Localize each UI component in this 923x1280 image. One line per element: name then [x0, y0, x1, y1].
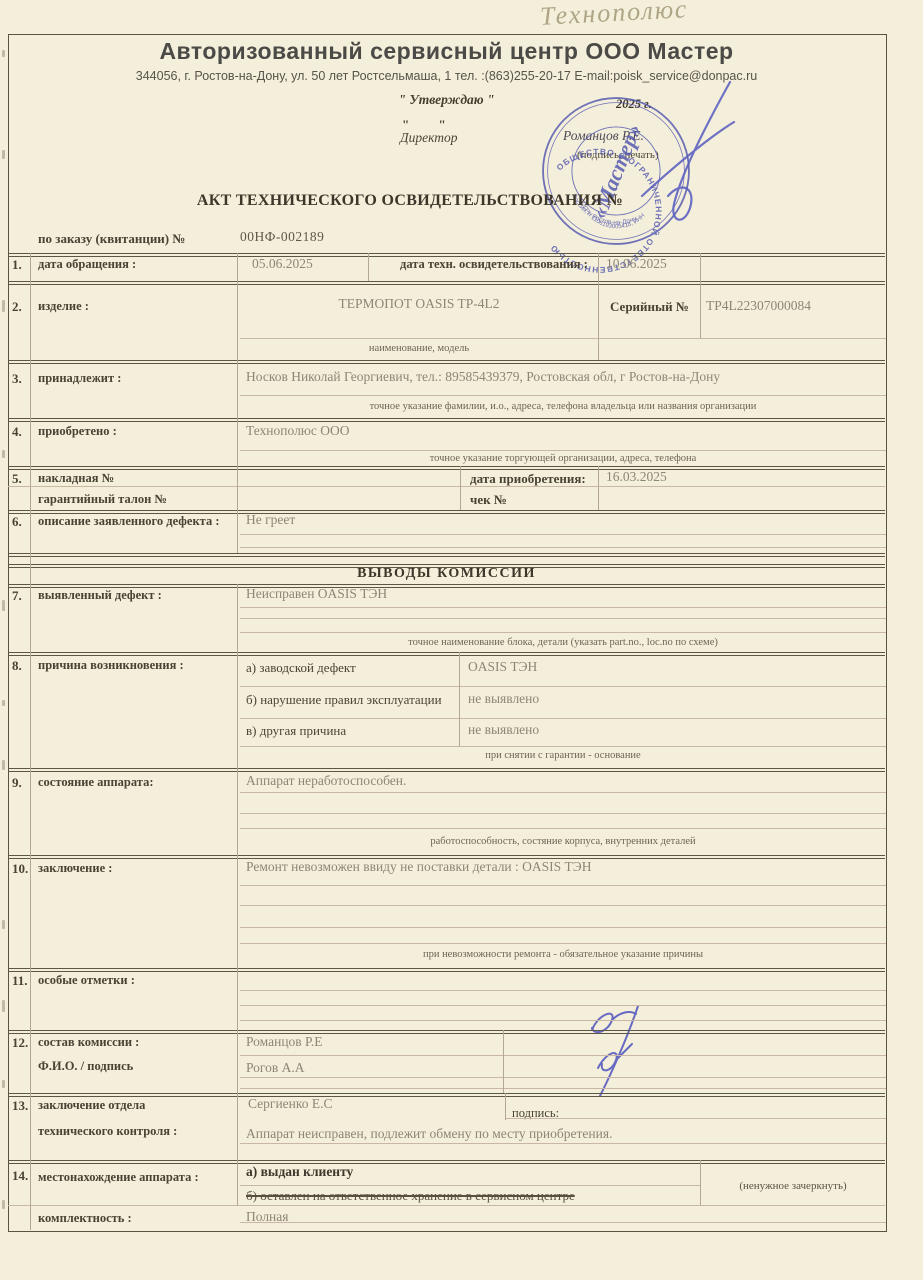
- row-divider-line: [8, 584, 885, 588]
- paper-edge-mark: [2, 150, 5, 159]
- row8-label: причина возникновения :: [38, 658, 184, 673]
- row-divider-line: [8, 768, 885, 772]
- conclusion-value: Ремонт невозможен ввиду не поставки дета…: [246, 859, 591, 875]
- row-divider-line: [8, 553, 885, 557]
- column-divider-line: [30, 253, 31, 1230]
- row2-label: изделие :: [38, 299, 89, 314]
- location-option-a: а) выдан клиенту: [246, 1164, 353, 1180]
- device-location-label: местонахождение аппарата :: [38, 1170, 199, 1185]
- row3-number: 3.: [12, 371, 22, 387]
- commission-signatures: [558, 1002, 688, 1098]
- writing-rule-line: [240, 1222, 886, 1223]
- commission-conclusions-title: ВЫВОДЫ КОМИССИИ: [8, 566, 885, 582]
- writing-rule-line: [240, 813, 886, 814]
- approve-line: " Утверждаю ": [8, 92, 885, 108]
- qc-label-line2: технического контроля :: [38, 1124, 177, 1139]
- cause-other-label: в) другая причина: [246, 723, 346, 739]
- row5-number: 5.: [12, 471, 22, 487]
- found-defect-value: Неисправен OASIS ТЭН: [246, 586, 387, 602]
- writing-rule-line: [240, 686, 886, 687]
- inspection-date-value: 10.06.2025: [606, 256, 667, 272]
- row8-number: 8.: [12, 658, 22, 674]
- row10-number: 10.: [12, 861, 28, 877]
- column-divider-line: [598, 253, 599, 360]
- service-center-title: Авторизованный сервисный центр ООО Масте…: [8, 38, 885, 65]
- writing-rule-line: [240, 718, 886, 719]
- cause-factory-value: OASIS ТЭН: [468, 659, 537, 675]
- scanned-act-document: Технополюс Авторизованный сервисный цент…: [0, 0, 923, 1280]
- row2-number: 2.: [12, 299, 22, 315]
- row-divider-line: [8, 855, 885, 859]
- row11-number: 11.: [12, 973, 28, 989]
- paper-edge-mark: [2, 300, 5, 312]
- commission-sublabel: Ф.И.О. / подпись: [38, 1059, 133, 1074]
- writing-rule-line: [240, 547, 886, 548]
- director-signature: [622, 76, 752, 244]
- paper-edge-mark: [2, 600, 5, 611]
- commission-member-2: Рогов А.А: [246, 1060, 305, 1076]
- writing-rule-line: [505, 1118, 886, 1119]
- owner-value: Носков Николай Георгиевич, тел.: 8958543…: [246, 369, 720, 385]
- writing-rule-line: [240, 792, 886, 793]
- paper-edge-mark: [2, 760, 5, 770]
- row-divider-line: [8, 564, 885, 568]
- document-border: [8, 34, 887, 1232]
- row10-label: заключение :: [38, 861, 112, 876]
- paper-edge-mark: [2, 50, 5, 57]
- paper-edge-mark: [2, 450, 5, 458]
- device-state-value: Аппарат неработоспособен.: [246, 773, 406, 789]
- writing-rule-line: [240, 1077, 886, 1078]
- row4-label: приобретено :: [38, 424, 117, 439]
- writing-rule-line: [240, 618, 886, 619]
- row1-number: 1.: [12, 257, 22, 273]
- act-title: АКТ ТЕХНИЧЕСКОГО ОСВИДЕТЕЛЬСТВОВАНИЯ №: [100, 192, 720, 210]
- qc-label-line1: заключение отдела: [38, 1098, 145, 1113]
- row7-hint: точное наименование блока, детали (указа…: [240, 637, 886, 648]
- row10-hint: при невозможности ремонта - обязательное…: [240, 949, 886, 960]
- writing-rule-line: [240, 607, 886, 608]
- writing-rule-line: [240, 1143, 886, 1144]
- cross-out-note: (ненужное зачеркнуть): [700, 1180, 886, 1192]
- row3-hint: точное указание фамилии, и.о., адреса, т…: [240, 401, 886, 412]
- row-divider-line: [8, 510, 885, 514]
- row-divider-line: [8, 1093, 885, 1097]
- column-divider-line: [459, 652, 460, 746]
- paper-edge-mark: [2, 1000, 5, 1012]
- column-divider-line: [598, 466, 599, 510]
- request-date-value: 05.06.2025: [252, 256, 313, 272]
- location-option-b: б) оставлен на ответственное хранение в …: [246, 1188, 575, 1204]
- row11-label: особые отметки :: [38, 973, 135, 988]
- row-divider-line: [8, 281, 885, 285]
- column-divider-line: [460, 466, 461, 510]
- writing-rule-line: [240, 338, 886, 339]
- row-divider-line: [8, 466, 885, 470]
- writing-rule-line: [240, 905, 886, 906]
- writing-rule-line: [240, 927, 886, 928]
- row-divider-line: [8, 1030, 885, 1034]
- writing-rule-line: [240, 885, 886, 886]
- purchase-date-value: 16.03.2025: [606, 469, 667, 485]
- writing-rule-line: [240, 1088, 886, 1089]
- row8-hint: при снятии с гарантии - основание: [240, 750, 886, 761]
- writing-rule-line: [240, 450, 886, 451]
- row-divider-line: [8, 1160, 885, 1164]
- writing-rule-line: [240, 1020, 886, 1021]
- writing-rule-line: [240, 1185, 700, 1186]
- order-number: 00НФ-002189: [240, 229, 324, 245]
- row-divider-line: [8, 253, 885, 257]
- column-divider-line: [700, 253, 701, 338]
- director-label: Директор: [400, 130, 457, 146]
- writing-rule-line: [240, 943, 886, 944]
- inspection-date-label: дата техн. освидетельствования :: [400, 257, 588, 272]
- column-divider-line: [505, 1093, 506, 1120]
- writing-rule-line: [240, 1055, 886, 1056]
- cause-misuse-value: не выявлено: [468, 691, 539, 707]
- row6-number: 6.: [12, 514, 22, 530]
- row-divider-line: [8, 418, 885, 422]
- row-divider-line: [8, 968, 885, 972]
- paper-edge-mark: [2, 920, 5, 929]
- cause-other-value: не выявлено: [468, 722, 539, 738]
- row14-number: 14.: [12, 1168, 28, 1184]
- row4-hint: точное указание торгующей организации, а…: [240, 453, 886, 464]
- row-divider-line: [8, 360, 885, 364]
- writing-rule-line: [240, 534, 886, 535]
- product-name-value: ТЕРМОПОТ OASIS TP-4L2: [240, 296, 598, 312]
- serial-label: Серийный №: [610, 299, 689, 315]
- cause-misuse-label: б) нарушение правил эксплуатации: [246, 692, 442, 708]
- warranty-card-label: гарантийный талон №: [38, 492, 167, 507]
- row12-number: 12.: [12, 1035, 28, 1051]
- writing-rule-line: [240, 990, 886, 991]
- paper-edge-mark: [2, 700, 5, 706]
- claimed-defect-value: Не греет: [246, 512, 295, 528]
- row6-label: описание заявленного дефекта :: [38, 514, 220, 529]
- commission-label: состав комиссии :: [38, 1035, 139, 1050]
- writing-rule-line: [8, 1205, 885, 1206]
- service-center-address: 344056, г. Ростов-на-Дону, ул. 50 лет Ро…: [8, 69, 885, 83]
- row-divider-line: [8, 652, 885, 656]
- row1-label: дата обращения :: [38, 257, 136, 272]
- row9-number: 9.: [12, 775, 22, 791]
- writing-rule-line: [240, 828, 886, 829]
- row9-label: состояние аппарата:: [38, 775, 154, 790]
- qc-conclusion-value: Аппарат неисправен, подлежит обмену по м…: [246, 1126, 612, 1142]
- writing-rule-line: [8, 486, 885, 487]
- commission-member-1: Романцов Р.Е: [246, 1034, 323, 1050]
- row9-hint: работоспособность, состяние корпуса, вну…: [240, 836, 886, 847]
- order-label: по заказу (квитанции) №: [38, 231, 185, 247]
- row4-number: 4.: [12, 424, 22, 440]
- row7-label: выявленный дефект :: [38, 588, 162, 603]
- row7-number: 7.: [12, 588, 22, 604]
- completeness-label: комплектность :: [38, 1211, 132, 1226]
- cause-factory-label: а) заводской дефект: [246, 660, 356, 676]
- purchase-date-label: дата приобретения:: [470, 471, 586, 487]
- serial-value: TP4L22307000084: [706, 298, 811, 314]
- row13-number: 13.: [12, 1098, 28, 1114]
- handwritten-store-note: Технополюс: [539, 0, 689, 32]
- column-divider-line: [237, 584, 238, 1205]
- column-divider-line: [237, 253, 238, 553]
- invoice-label: накладная №: [38, 471, 114, 486]
- column-divider-line: [700, 1160, 701, 1205]
- paper-edge-mark: [2, 1080, 5, 1088]
- writing-rule-line: [240, 632, 886, 633]
- row3-label: принадлежит :: [38, 371, 121, 386]
- check-label: чек №: [470, 492, 507, 508]
- writing-rule-line: [240, 746, 886, 747]
- seller-value: Технополюс ООО: [246, 423, 350, 439]
- writing-rule-line: [240, 1005, 886, 1006]
- writing-rule-line: [240, 395, 886, 396]
- column-divider-line: [368, 253, 369, 281]
- qc-inspector-name: Сергиенко Е.С: [248, 1096, 333, 1112]
- column-divider-line: [503, 1030, 504, 1093]
- paper-edge-mark: [2, 1200, 5, 1209]
- row2-hint: наименование, модель: [240, 343, 598, 354]
